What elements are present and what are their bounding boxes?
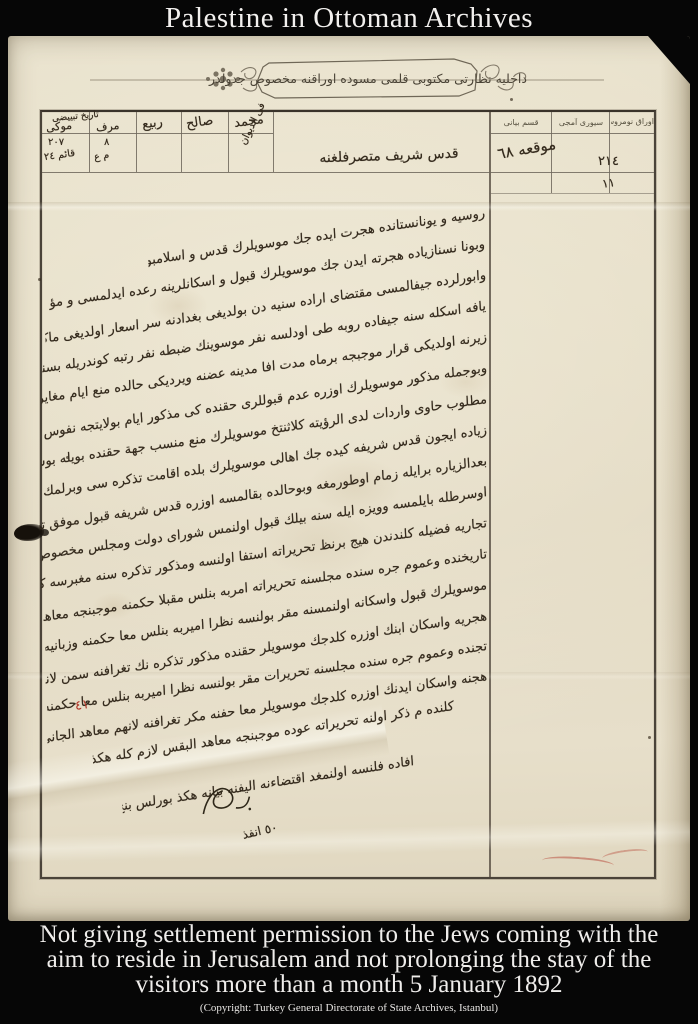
caption-line: Not giving settlement permission to the … bbox=[0, 922, 698, 947]
manuscript-line: افاده فلنسه اولنمغد اقتضاءنه اليفنه بيان… bbox=[122, 752, 415, 817]
ornament-cartouche: داخليه نظارتى مكتوبى قلمى مسوده اوراقنه … bbox=[38, 52, 650, 104]
caption-band: Not giving settlement permission to the … bbox=[0, 922, 698, 1015]
red-folio-number: ٤١ bbox=[74, 697, 90, 714]
title-band: Palestine in Ottoman Archives bbox=[0, 0, 698, 37]
copyright-line: (Copyright: Turkey General Directorate o… bbox=[0, 1001, 698, 1015]
speck bbox=[38, 278, 41, 281]
cartouche-text: داخليه نظارتى مكتوبى قلمى مسوده اوراقنه … bbox=[208, 71, 527, 87]
poster: Palestine in Ottoman Archives داخليه نظا… bbox=[0, 0, 698, 1024]
document-paper: داخليه نظارتى مكتوبى قلمى مسوده اوراقنه … bbox=[8, 36, 690, 921]
speck bbox=[510, 98, 513, 101]
paper-edge-shade bbox=[660, 36, 690, 921]
form-frame: تاريخ تبييضى موكى مرف ربيع صالح محمد ٢٠٧… bbox=[40, 110, 656, 879]
caption-line: visitors more than a month 5 January 189… bbox=[0, 972, 698, 997]
poster-title: Palestine in Ottoman Archives bbox=[165, 2, 533, 35]
caption-line: aim to reside in Jerusalem and not prolo… bbox=[0, 947, 698, 972]
manuscript-block: روسيه و يونانستانده هجرت ايده جك موسويلر… bbox=[42, 112, 654, 877]
